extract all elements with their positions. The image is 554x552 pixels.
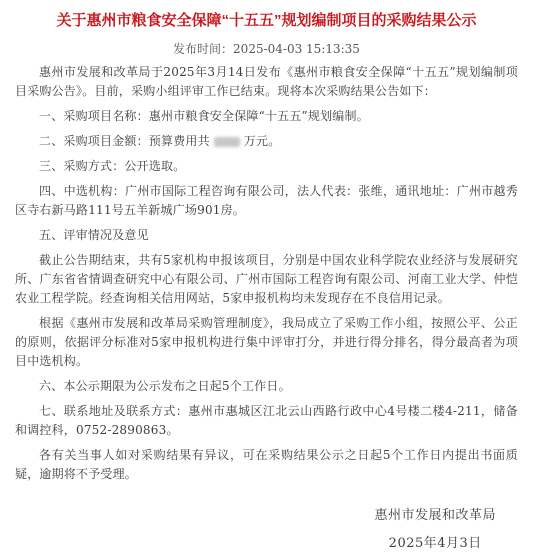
paragraph-intro: 惠州市发展和改革局于2025年3月14日发布《惠州市粮食安全保障“十五五”规划编… [15, 63, 518, 101]
amount-text-before: 二、采购项目金额：预算费用共 [39, 134, 210, 148]
signature-org: 惠州市发展和改革局 [374, 508, 496, 524]
page-title: 关于惠州市粮食安全保障“十五五”规划编制项目的采购结果公示 [15, 11, 518, 31]
item-1-project-name: 一、采购项目名称：惠州市粮食安全保障“十五五”规划编制。 [15, 107, 518, 126]
publish-time-label: 发布时间： [173, 42, 233, 56]
publish-time-value: 2025-04-03 15:13:35 [233, 42, 360, 56]
publish-time-line: 发布时间：2025-04-03 15:13:35 [15, 41, 518, 57]
signature-date: 2025年4月3日 [374, 536, 496, 552]
item-6-publicity-period: 六、本公示期限为公示发布之日起5个工作日。 [15, 377, 518, 396]
redacted-amount [214, 137, 240, 147]
item-7-contact: 七、联系地址及联系方式：惠州市惠城区江北云山西路行政中心4号楼二楼4-211，储… [15, 402, 518, 440]
item-2-amount: 二、采购项目金额：预算费用共万元。 [15, 132, 518, 151]
signature-inner: 惠州市发展和改革局 2025年4月3日 [374, 508, 496, 552]
announcement-page: 关于惠州市粮食安全保障“十五五”规划编制项目的采购结果公示 发布时间：2025-… [0, 0, 554, 552]
item-4-winner: 四、中选机构：广州市国际工程咨询有限公司，法人代表：张维，通讯地址：广州市越秀区… [15, 182, 518, 220]
amount-text-after: 万元。 [244, 134, 281, 148]
item-3-method: 三、采购方式：公开选取。 [15, 157, 518, 176]
objection-note: 各有关当事人如对采购结果有异议，可在采购结果公示之日起5个工作日内提出书面质疑，… [15, 446, 518, 484]
review-process-detail: 根据《惠州市发展和改革局采购管理制度》，我局成立了采购工作小组，按照公平、公正的… [15, 314, 518, 371]
review-applicants-detail: 截止公告期结束，共有5家机构申报该项目，分别是中国农业科学院农业经济与发展研究所… [15, 251, 518, 308]
signature-block: 惠州市发展和改革局 2025年4月3日 [15, 508, 518, 552]
document-body: 惠州市发展和改革局于2025年3月14日发布《惠州市粮食安全保障“十五五”规划编… [15, 63, 518, 484]
item-5-review-heading: 五、评审情况及意见 [15, 226, 518, 245]
